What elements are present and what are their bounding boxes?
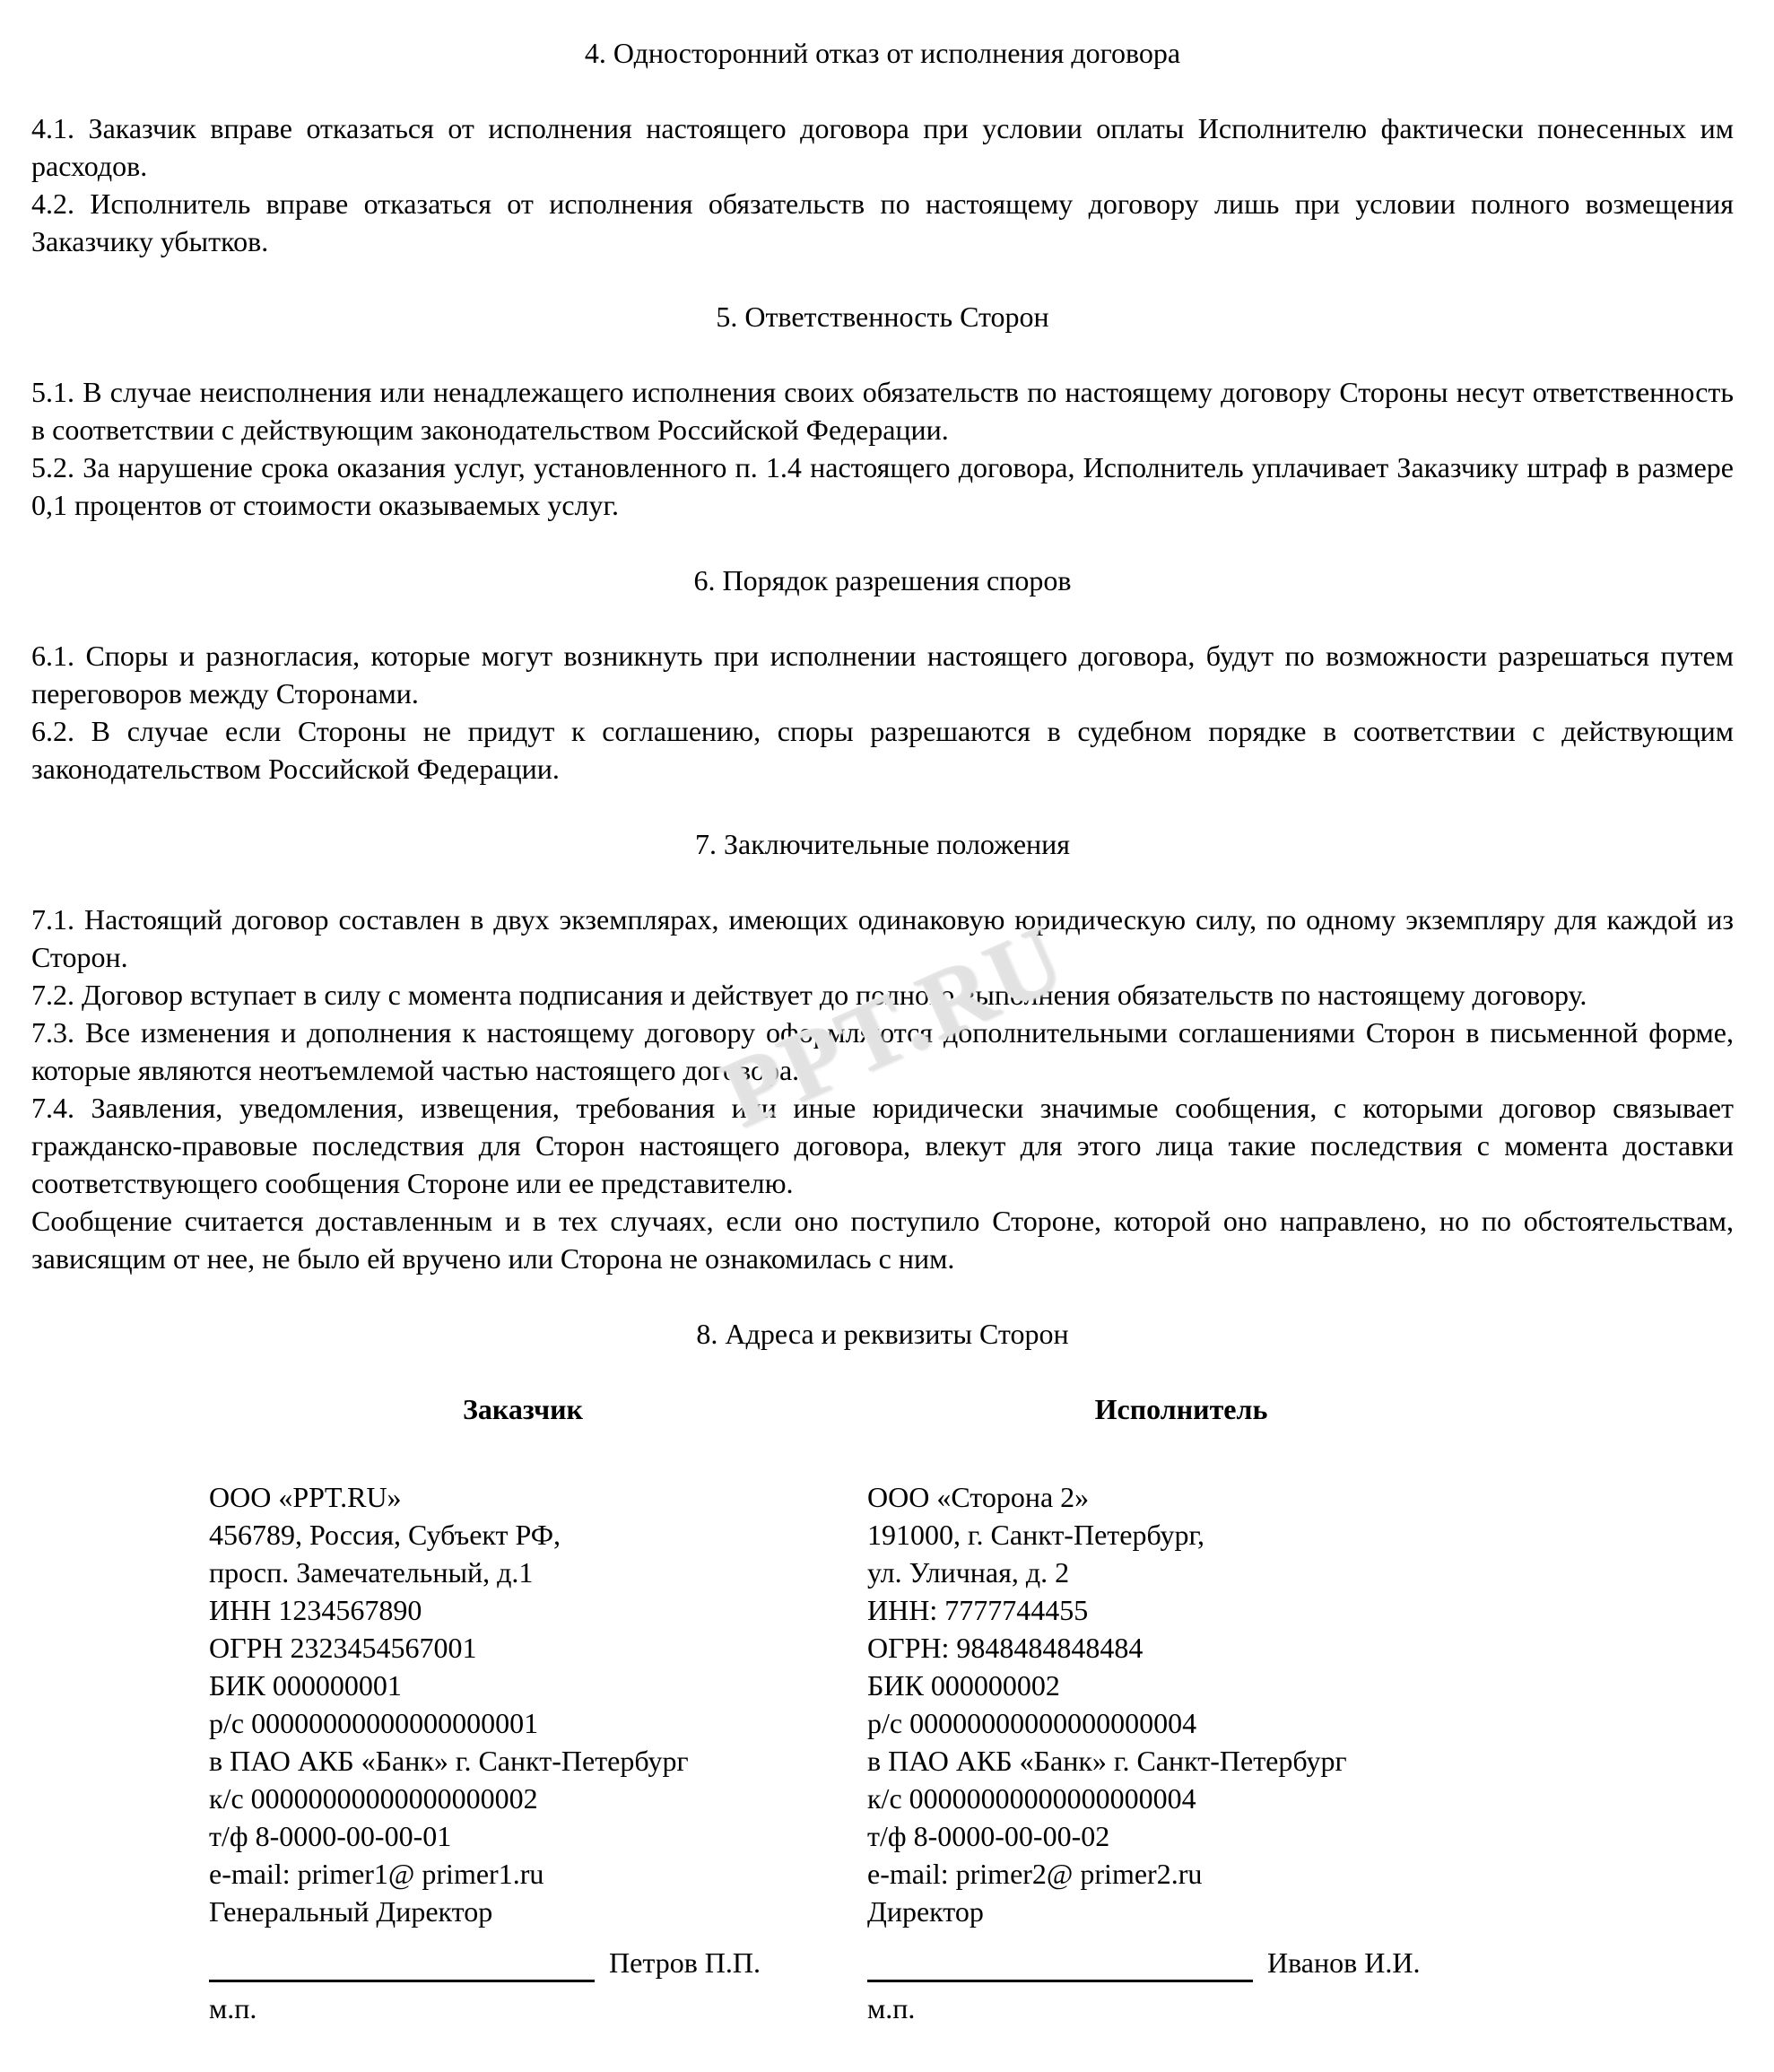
customer-address-line-2: просп. Замечательный, д.1 — [209, 1554, 837, 1591]
paragraph-6-2: 6.2. В случае если Стороны не придут к с… — [31, 712, 1734, 788]
paragraph-7-1: 7.1. Настоящий договор составлен в двух … — [31, 901, 1734, 976]
customer-signer-position: Генеральный Директор — [209, 1893, 837, 1930]
customer-correspondent-account: к/с 00000000000000000002 — [209, 1780, 837, 1817]
section-heading-8: 8. Адреса и реквизиты Сторон — [31, 1315, 1734, 1353]
contractor-signer-position: Директор — [867, 1893, 1495, 1930]
requisites-table: Заказчик ООО «PPT.RU» 456789, Россия, Су… — [209, 1390, 1734, 2027]
contractor-inn: ИНН: 7777744455 — [867, 1591, 1495, 1629]
contractor-email: e-mail: primer2@ primer2.ru — [867, 1855, 1495, 1893]
paragraph-4-1: 4.1. Заказчик вправе отказаться от испол… — [31, 109, 1734, 185]
paragraph-7-3: 7.3. Все изменения и дополнения к настоя… — [31, 1014, 1734, 1089]
customer-stamp-mark: м.п. — [209, 1989, 837, 2027]
paragraph-4-2: 4.2. Исполнитель вправе отказаться от ис… — [31, 185, 1734, 260]
contractor-correspondent-account: к/с 00000000000000000004 — [867, 1780, 1495, 1817]
customer-signature-row: Петров П.П. — [209, 1943, 837, 1982]
paragraph-5-2: 5.2. За нарушение срока оказания услуг, … — [31, 448, 1734, 524]
customer-email: e-mail: primer1@ primer1.ru — [209, 1855, 837, 1893]
contractor-column: Исполнитель ООО «Сторона 2» 191000, г. С… — [867, 1390, 1495, 2027]
customer-address-line-1: 456789, Россия, Субъект РФ, — [209, 1516, 837, 1554]
customer-inn: ИНН 1234567890 — [209, 1591, 837, 1629]
customer-column: Заказчик ООО «PPT.RU» 456789, Россия, Су… — [209, 1390, 837, 2027]
contractor-address-line-2: ул. Уличная, д. 2 — [867, 1554, 1495, 1591]
customer-signer-name: Петров П.П. — [609, 1943, 761, 1982]
customer-company-name: ООО «PPT.RU» — [209, 1478, 837, 1516]
contractor-signature-row: Иванов И.И. — [867, 1943, 1495, 1982]
customer-ogrn: ОГРН 2323454567001 — [209, 1629, 837, 1667]
contractor-address-line-1: 191000, г. Санкт-Петербург, — [867, 1516, 1495, 1554]
section-heading-7: 7. Заключительные положения — [31, 825, 1734, 863]
contractor-phone-fax: т/ф 8-0000-00-00-02 — [867, 1817, 1495, 1855]
section-heading-4: 4. Односторонний отказ от исполнения дог… — [31, 34, 1734, 72]
paragraph-7-4-note: Сообщение считается доставленным и в тех… — [31, 1202, 1734, 1277]
contractor-role-title: Исполнитель — [867, 1390, 1495, 1428]
section-heading-5: 5. Ответственность Сторон — [31, 298, 1734, 335]
contractor-company-name: ООО «Сторона 2» — [867, 1478, 1495, 1516]
contract-document-page: PPT.RU 4. Односторонний отказ от исполне… — [0, 0, 1774, 2072]
customer-phone-fax: т/ф 8-0000-00-00-01 — [209, 1817, 837, 1855]
paragraph-7-2: 7.2. Договор вступает в силу с момента п… — [31, 976, 1734, 1014]
paragraph-6-1: 6.1. Споры и разногласия, которые могут … — [31, 637, 1734, 712]
contractor-signature-line — [867, 1949, 1253, 1982]
contractor-bank: в ПАО АКБ «Банк» г. Санкт-Петербург — [867, 1742, 1495, 1780]
contractor-ogrn: ОГРН: 9848484848484 — [867, 1629, 1495, 1667]
customer-signature-line — [209, 1949, 595, 1982]
customer-settlement-account: р/с 00000000000000000001 — [209, 1704, 837, 1742]
contract-content: 4. Односторонний отказ от исполнения дог… — [0, 0, 1774, 2027]
section-heading-6: 6. Порядок разрешения споров — [31, 562, 1734, 599]
contractor-bik: БИК 000000002 — [867, 1667, 1495, 1704]
customer-role-title: Заказчик — [209, 1390, 837, 1428]
paragraph-7-4: 7.4. Заявления, уведомления, извещения, … — [31, 1089, 1734, 1202]
customer-bik: БИК 000000001 — [209, 1667, 837, 1704]
paragraph-5-1: 5.1. В случае неисполнения или ненадлежа… — [31, 373, 1734, 448]
customer-bank: в ПАО АКБ «Банк» г. Санкт-Петербург — [209, 1742, 837, 1780]
contractor-stamp-mark: м.п. — [867, 1989, 1495, 2027]
contractor-settlement-account: р/с 00000000000000000004 — [867, 1704, 1495, 1742]
contractor-signer-name: Иванов И.И. — [1267, 1943, 1420, 1982]
